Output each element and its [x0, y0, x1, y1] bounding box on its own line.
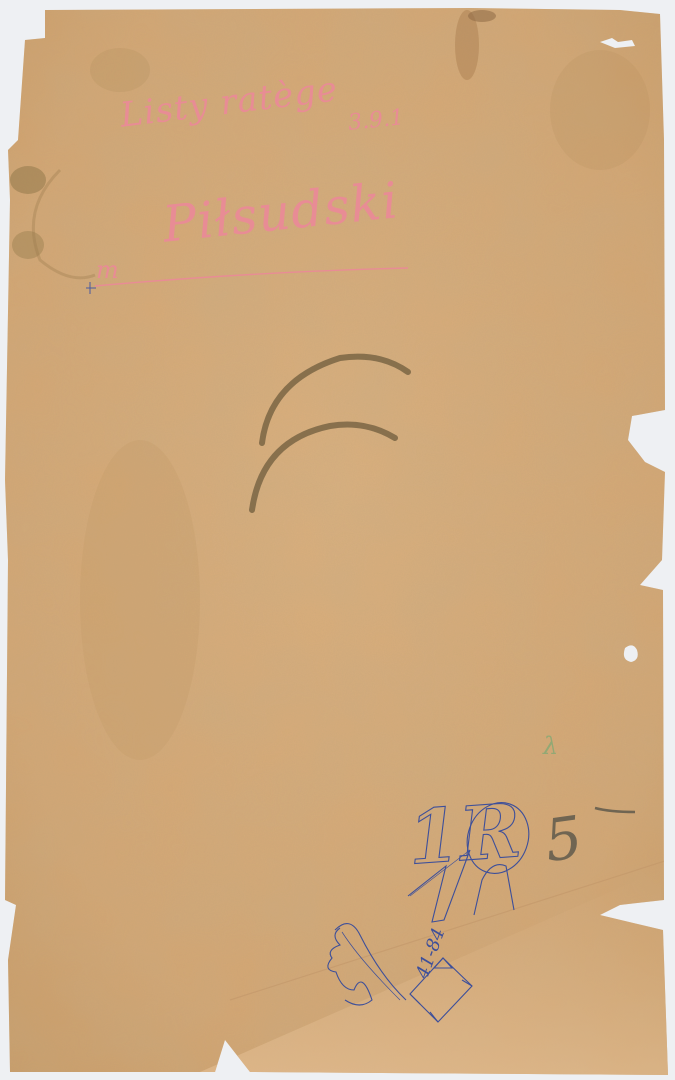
document-scan	[0, 0, 675, 1080]
paper-hole	[624, 645, 638, 662]
